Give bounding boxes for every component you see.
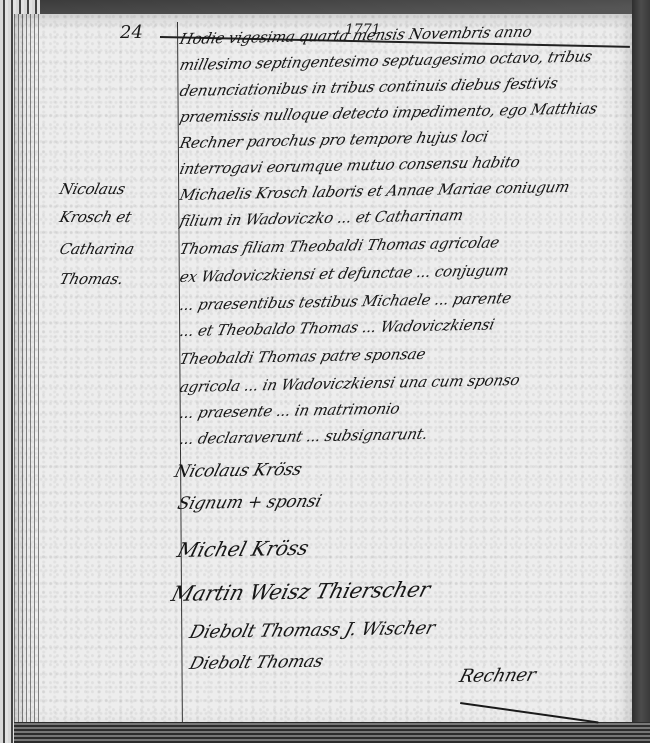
page-bottom-edge	[14, 722, 650, 743]
signature: Nicolaus Kröss	[172, 460, 304, 482]
page-edges	[14, 14, 40, 732]
signature: Diebolt Thomas	[187, 652, 325, 674]
signature: Martin Weisz Thierscher	[169, 577, 433, 606]
parish-priest-signature: Rechner	[457, 665, 538, 687]
signature: Diebolt Thomass J. Wischer	[187, 618, 437, 643]
page-number: 24	[120, 22, 143, 43]
signature-mark: Signum + sponsi	[175, 491, 323, 514]
margin-name-line: Krosch et	[58, 208, 134, 226]
margin-name-line: Catharina	[58, 240, 136, 258]
margin-name-line: Thomas.	[58, 270, 125, 288]
margin-name-line: Nicolaus	[58, 180, 127, 198]
signature: Michel Kröss	[175, 536, 312, 562]
